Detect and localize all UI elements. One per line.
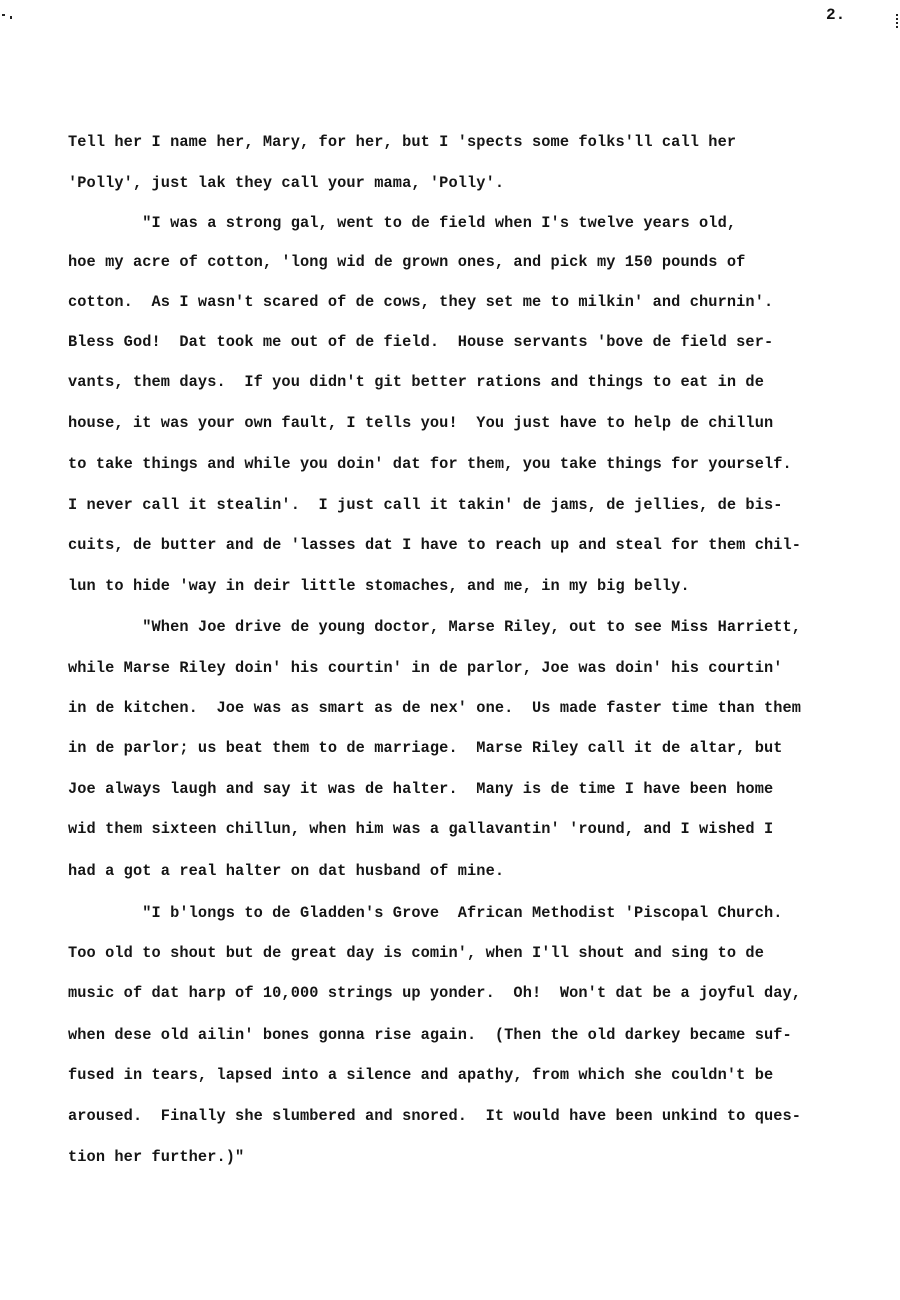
text-line: wid them sixteen chillun, when him was a… bbox=[68, 820, 773, 838]
scan-edge-mark bbox=[896, 14, 900, 28]
text-line: while Marse Riley doin' his courtin' in … bbox=[68, 659, 783, 677]
text-line: Joe always laugh and say it was de halte… bbox=[68, 780, 773, 798]
text-line: when dese old ailin' bones gonna rise ag… bbox=[68, 1026, 792, 1044]
text-line: Tell her I name her, Mary, for her, but … bbox=[68, 133, 736, 151]
text-line: tion her further.)" bbox=[68, 1148, 244, 1166]
text-line: music of dat harp of 10,000 strings up y… bbox=[68, 984, 801, 1002]
text-line: "I was a strong gal, went to de field wh… bbox=[68, 214, 736, 232]
text-line: cotton. As I wasn't scared of de cows, t… bbox=[68, 293, 773, 311]
text-line: fused in tears, lapsed into a silence an… bbox=[68, 1066, 773, 1084]
text-line: in de kitchen. Joe was as smart as de ne… bbox=[68, 699, 801, 717]
text-line: Too old to shout but de great day is com… bbox=[68, 944, 764, 962]
document-page: 2. Tell her I name her, Mary, for her, b… bbox=[0, 0, 900, 1300]
page-number: 2. bbox=[826, 6, 845, 24]
text-line: I never call it stealin'. I just call it… bbox=[68, 496, 783, 514]
text-line: in de parlor; us beat them to de marriag… bbox=[68, 739, 783, 757]
text-line: house, it was your own fault, I tells yo… bbox=[68, 414, 773, 432]
text-line: vants, them days. If you didn't git bett… bbox=[68, 373, 764, 391]
text-line: lun to hide 'way in deir little stomache… bbox=[68, 577, 690, 595]
scan-speck bbox=[10, 16, 12, 19]
text-line: Bless God! Dat took me out of de field. … bbox=[68, 333, 773, 351]
text-line: 'Polly', just lak they call your mama, '… bbox=[68, 174, 504, 192]
text-line: had a got a real halter on dat husband o… bbox=[68, 862, 504, 880]
text-line: "I b'longs to de Gladden's Grove African… bbox=[68, 904, 783, 922]
text-line: "When Joe drive de young doctor, Marse R… bbox=[68, 618, 801, 636]
text-line: to take things and while you doin' dat f… bbox=[68, 455, 792, 473]
text-line: hoe my acre of cotton, 'long wid de grow… bbox=[68, 253, 745, 271]
scan-speck bbox=[2, 14, 5, 16]
text-line: aroused. Finally she slumbered and snore… bbox=[68, 1107, 801, 1125]
text-line: cuits, de butter and de 'lasses dat I ha… bbox=[68, 536, 801, 554]
